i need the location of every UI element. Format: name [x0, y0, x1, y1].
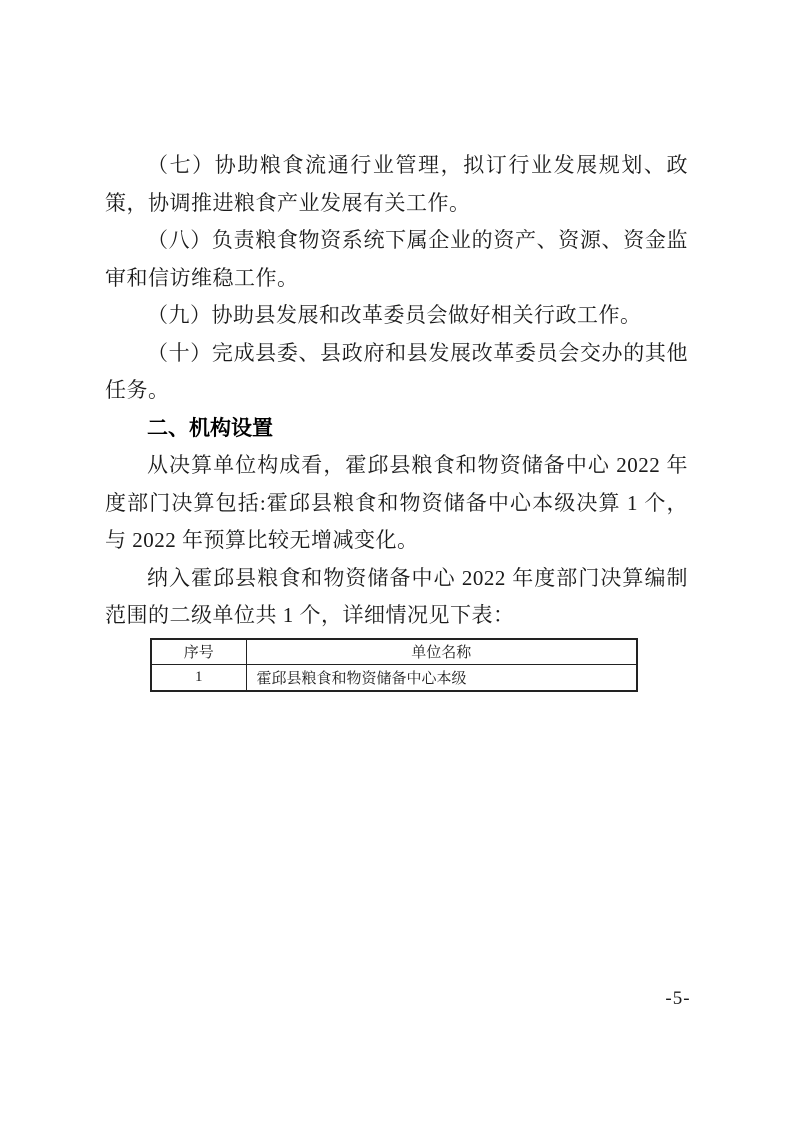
document-page: （七）协助粮食流通行业管理，拟订行业发展规划、政策，协调推进粮食产业发展有关工作… [0, 0, 793, 1122]
section-paragraph-composition: 从决算单位构成看，霍邱县粮食和物资储备中心 2022 年度部门决算包括:霍邱县粮… [105, 447, 688, 560]
table-cell-index: 1 [151, 665, 246, 691]
duty-paragraph-9: （九）协助县发展和改革委员会做好相关行政工作。 [105, 297, 688, 335]
table-header-cell-unit-name: 单位名称 [246, 639, 637, 665]
table-cell-unit-name: 霍邱县粮食和物资储备中心本级 [246, 665, 637, 691]
section-heading-organization: 二、机构设置 [105, 410, 688, 448]
duty-paragraph-7: （七）协助粮食流通行业管理，拟订行业发展规划、政策，协调推进粮食产业发展有关工作… [105, 147, 688, 222]
document-content: （七）协助粮食流通行业管理，拟订行业发展规划、政策，协调推进粮食产业发展有关工作… [105, 147, 688, 692]
table-header-cell-index: 序号 [151, 639, 246, 665]
table-header-row: 序号 单位名称 [151, 639, 637, 665]
duty-paragraph-8: （八）负责粮食物资系统下属企业的资产、资源、资金监审和信访维稳工作。 [105, 222, 688, 297]
duty-paragraph-10: （十）完成县委、县政府和县发展改革委员会交办的其他任务。 [105, 335, 688, 410]
units-table-body: 1 霍邱县粮食和物资储备中心本级 [151, 665, 637, 691]
units-table: 序号 单位名称 1 霍邱县粮食和物资储备中心本级 [150, 638, 638, 692]
section-paragraph-units-intro: 纳入霍邱县粮食和物资储备中心 2022 年度部门决算编制范围的二级单位共 1 个… [105, 560, 688, 635]
table-row: 1 霍邱县粮食和物资储备中心本级 [151, 665, 637, 691]
units-table-header: 序号 单位名称 [151, 639, 637, 665]
page-number: -5- [648, 988, 708, 1010]
